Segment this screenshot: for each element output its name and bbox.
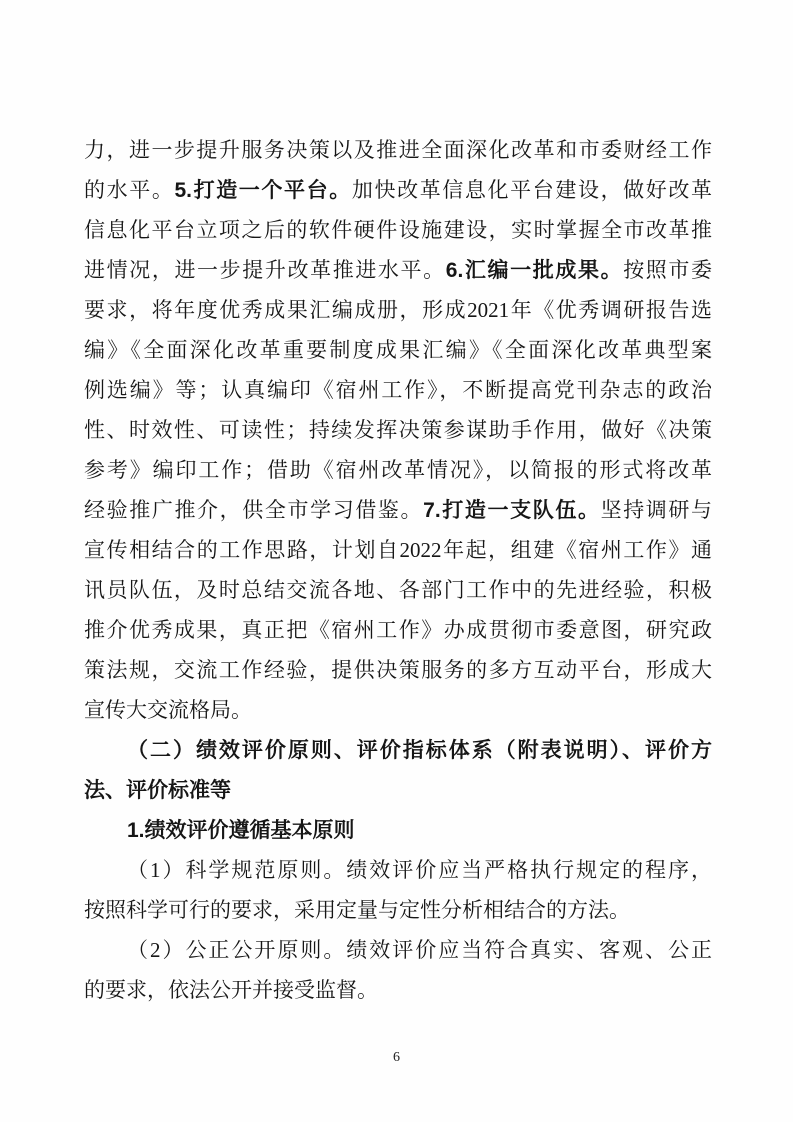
page-number: 6: [0, 1048, 793, 1068]
text-run: 策法规，交流工作经验，提供决策服务的多方互动平台，形成大: [84, 658, 712, 682]
text-run: 力，进一步提升服务决策以及推进全面深化改革和市委财经工作: [84, 138, 712, 162]
text-run: 的要求，依法公开并接受监督。: [84, 978, 378, 1002]
document-line: （1）科学规范原则。绩效评价应当严格执行规定的程序，: [84, 850, 712, 890]
document-line: 要求，将年度优秀成果汇编成册，形成2021年《优秀调研报告选: [84, 290, 712, 330]
bold-heading-run: 1.绩效评价遵循基本原则: [127, 819, 355, 842]
bold-heading-run: 法、评价标准等: [84, 779, 231, 802]
document-line: 编》《全面深化改革重要制度成果汇编》《全面深化改革典型案: [84, 330, 712, 370]
document-page: 力，进一步提升服务决策以及推进全面深化改革和市委财经工作的水平。5.打造一个平台…: [0, 0, 793, 1122]
text-run: 信息化平台立项之后的软件硬件设施建设，实时掌握全市改革推: [84, 218, 712, 242]
text-run: 宣传大交流格局。: [84, 698, 252, 722]
document-body: 力，进一步提升服务决策以及推进全面深化改革和市委财经工作的水平。5.打造一个平台…: [84, 130, 712, 1010]
document-line: 经验推广推介，供全市学习借鉴。7.打造一支队伍。坚持调研与: [84, 490, 712, 530]
bold-heading-run: （二）绩效评价原则、评价指标体系（附表说明）、评价方: [127, 739, 712, 762]
document-line: 的水平。5.打造一个平台。加快改革信息化平台建设，做好改革: [84, 170, 712, 210]
text-run: （2）公正公开原则。绩效评价应当符合真实、客观、公正: [127, 938, 712, 962]
text-run: 进情况，进一步提升改革推进水平。: [84, 258, 446, 282]
text-run: （1）科学规范原则。绩效评价应当严格执行规定的程序，: [127, 858, 712, 882]
document-line: 的要求，依法公开并接受监督。: [84, 970, 712, 1010]
text-run: 讯员队伍，及时总结交流各地、各部门工作中的先进经验，积极: [84, 578, 712, 602]
text-run: 宣传相结合的工作思路，计划自2022年起，组建《宿州工作》通: [84, 538, 712, 562]
text-run: 参考》编印工作；借助《宿州改革情况》，以简报的形式将改革: [84, 458, 712, 482]
document-line: 策法规，交流工作经验，提供决策服务的多方互动平台，形成大: [84, 650, 712, 690]
text-run: 按照科学可行的要求，采用定量与定性分析相结合的方法。: [84, 898, 630, 922]
document-line: （二）绩效评价原则、评价指标体系（附表说明）、评价方: [84, 730, 712, 770]
text-run: 的水平。: [84, 178, 174, 202]
document-line: 讯员队伍，及时总结交流各地、各部门工作中的先进经验，积极: [84, 570, 712, 610]
document-line: （2）公正公开原则。绩效评价应当符合真实、客观、公正: [84, 930, 712, 970]
text-run: 性、时效性、可读性；持续发挥决策参谋助手作用，做好《决策: [84, 418, 712, 442]
document-line: 宣传相结合的工作思路，计划自2022年起，组建《宿州工作》通: [84, 530, 712, 570]
document-line: 进情况，进一步提升改革推进水平。6.汇编一批成果。按照市委: [84, 250, 712, 290]
document-line: 按照科学可行的要求，采用定量与定性分析相结合的方法。: [84, 890, 712, 930]
bold-heading-run: 7.打造一支队伍。: [423, 499, 600, 522]
text-run: 经验推广推介，供全市学习借鉴。: [84, 498, 423, 522]
document-line: 参考》编印工作；借助《宿州改革情况》，以简报的形式将改革: [84, 450, 712, 490]
document-line: 1.绩效评价遵循基本原则: [84, 810, 712, 850]
bold-heading-run: 5.打造一个平台。: [174, 179, 351, 202]
text-run: 编》《全面深化改革重要制度成果汇编》《全面深化改革典型案: [84, 338, 712, 362]
document-line: 力，进一步提升服务决策以及推进全面深化改革和市委财经工作: [84, 130, 712, 170]
document-line: 信息化平台立项之后的软件硬件设施建设，实时掌握全市改革推: [84, 210, 712, 250]
document-line: 宣传大交流格局。: [84, 690, 712, 730]
document-line: 例选编》等；认真编印《宿州工作》，不断提高党刊杂志的政治: [84, 370, 712, 410]
document-line: 性、时效性、可读性；持续发挥决策参谋助手作用，做好《决策: [84, 410, 712, 450]
document-line: 推介优秀成果，真正把《宿州工作》办成贯彻市委意图，研究政: [84, 610, 712, 650]
text-run: 推介优秀成果，真正把《宿州工作》办成贯彻市委意图，研究政: [84, 618, 712, 642]
text-run: 按照市委: [623, 258, 712, 282]
text-run: 加快改革信息化平台建设，做好改革: [352, 178, 712, 202]
text-run: 坚持调研与: [601, 498, 712, 522]
bold-heading-run: 6.汇编一批成果。: [446, 259, 623, 282]
document-line: 法、评价标准等: [84, 770, 712, 810]
text-run: 要求，将年度优秀成果汇编成册，形成2021年《优秀调研报告选: [84, 298, 712, 322]
text-run: 例选编》等；认真编印《宿州工作》，不断提高党刊杂志的政治: [84, 378, 712, 402]
